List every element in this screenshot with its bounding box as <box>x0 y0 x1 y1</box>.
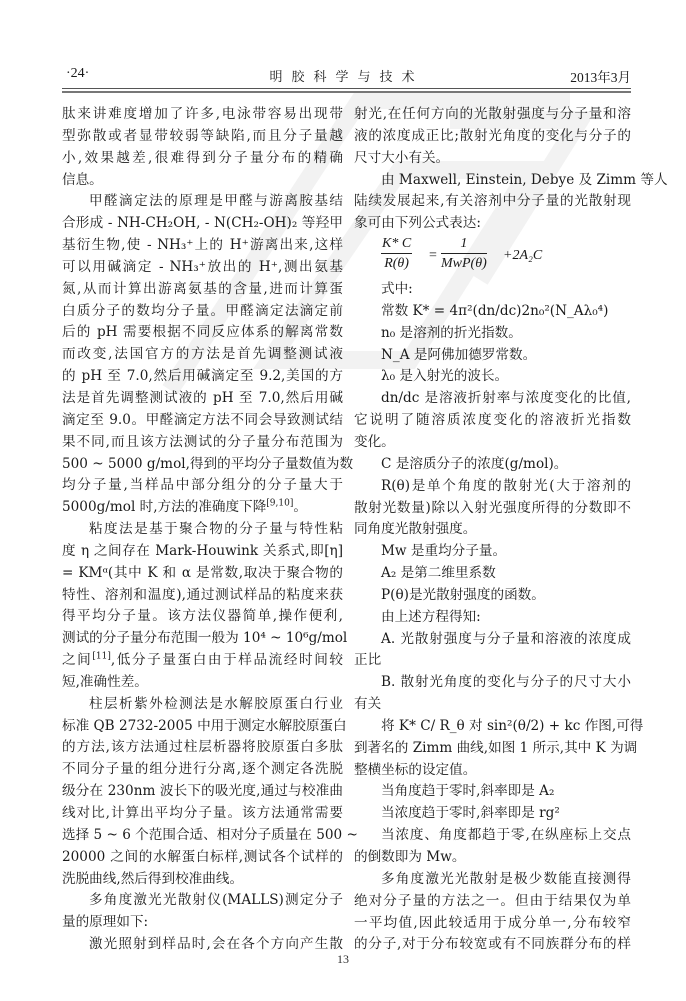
text-line: 一平均值,因此较适用于成分单一,分布较窄 <box>354 913 631 935</box>
text-fragment: 。 <box>293 499 307 515</box>
paragraph-start: B. 散射光角度的变化与分子的尺寸大小 <box>354 672 631 694</box>
text-line: 白质分子的数均分子量。甲醛滴定法滴定前 <box>62 301 343 323</box>
text-line: 后的 pH 需要根据不同反应体系的解离常数 <box>62 322 343 344</box>
text-line: P(θ)是光散射强度的函数。 <box>354 585 631 607</box>
text-line: 变化。 <box>354 432 631 454</box>
text-line: 象可由下列公式表达: <box>354 213 631 235</box>
text-line: 而改变,法国官方的方法是首先调整测试液 <box>62 344 343 366</box>
text-line: 度 η 之间存在 Mark-Houwink 关系式,即[η] <box>62 541 343 563</box>
text-line: 式中: <box>354 279 631 301</box>
fraction-denominator: MwP(θ) <box>441 254 487 274</box>
journal-title: 明胶科学与技术 <box>62 66 631 85</box>
text-line: 标准 QB 2732-2005 中用于测定水解胶原蛋白 <box>62 716 343 738</box>
text-line: Mw 是重均分子量。 <box>354 541 631 563</box>
page-header: ·24· 明胶科学与技术 2013年3月 <box>62 66 631 86</box>
right-column: 射光,在任何方向的光散射强度与分子量和溶 液的浓度成正比;散射光角度的变化与分子… <box>354 104 631 956</box>
issue-date: 2013年3月 <box>570 66 631 86</box>
text-line: 500 ~ 5000 g/mol,得到的平均分子量数值为数 <box>62 454 343 476</box>
text-line: 20000 之间的水解蛋白标样,测试各个试样的 <box>62 847 343 869</box>
text-line: 级分在 230nm 波长下的吸光度,通过与校准曲 <box>62 781 343 803</box>
text-line: A₂ 是第二维里系数 <box>354 563 631 585</box>
citation-ref[interactable]: [9,10] <box>266 499 293 509</box>
text-line: 绝对分子量的方法之一。但由于结果仅为单 <box>354 891 631 913</box>
text-line: 当浓度趋于零时,斜率即是 rg² <box>354 803 631 825</box>
text-line: 它说明了随溶质浓度变化的溶液折光指数 <box>354 410 631 432</box>
text-line: 可以用碱滴定 - NH₃⁺放出的 H⁺,测出氨基 <box>62 257 343 279</box>
text-line: 不同分子量的组分进行分离,逐个测定各洗脱 <box>62 759 343 781</box>
text-line: 肽来讲难度增加了许多,电泳带容易出现带 <box>62 104 343 126</box>
text-line: 选择 5 ~ 6 个范围合适、相对分子质量在 500 ~ <box>62 825 343 847</box>
text-line: = KMᵅ(其中 K 和 α 是常数,取决于聚合物的 <box>62 563 343 585</box>
paragraph-start: 由 Maxwell, Einstein, Debye 及 Zimm 等人 <box>354 170 631 192</box>
text-line: 到著名的 Zimm 曲线,如图 1 所示,其中 K 为调 <box>354 738 631 760</box>
text-line: 之间[11],低分子量蛋白由于样品流经时间较 <box>62 650 343 672</box>
paragraph-start: R(θ)是单个角度的散射光(大于溶剂的 <box>354 476 631 498</box>
text-line: 陆续发展起来,有关溶剂中分子量的光散射现 <box>354 191 631 213</box>
text-line: 液的浓度成正比;散射光角度的变化与分子的 <box>354 126 631 148</box>
text-line: 氮,从而计算出游离氨基的含量,进而计算蛋 <box>62 279 343 301</box>
fraction-lhs: K* C R(θ) <box>381 235 412 274</box>
fraction-numerator: 1 <box>441 235 487 254</box>
text-line: 的倒数即为 Mw。 <box>354 847 631 869</box>
text-line: 均分子量,当样品中部分组分的分子量大于 <box>62 475 343 497</box>
paragraph-start: 将 K* C/ R_θ 对 sin²(θ/2) + kc 作图,可得 <box>354 716 631 738</box>
text-line: 洗脱曲线,然后得到校准曲线。 <box>62 869 343 891</box>
text-line: 滴定至 9.0。甲醛滴定方法不同会导致测试结 <box>62 410 343 432</box>
text-line: 小,效果越差,很难得到分子量分布的精确 <box>62 148 343 170</box>
text-line: n₀ 是溶剂的折光指数。 <box>354 323 631 345</box>
text-line: 合形成 - NH-CH₂OH, - N(CH₂-OH)₂ 等羟甲 <box>62 213 343 235</box>
text-line: 测试的分子量分布范围一般为 10⁴ ~ 10⁶g/mol <box>62 628 343 650</box>
text-line: 有关 <box>354 694 631 716</box>
paragraph-start: 当浓度、角度都趋于零,在纵座标上交点 <box>354 825 631 847</box>
fraction-rhs: 1 MwP(θ) <box>441 235 487 274</box>
text-line: 常数 K* = 4π²(dn/dc)2n₀²(N_Aλ₀⁴) <box>354 301 631 323</box>
text-line: 正比 <box>354 650 631 672</box>
header-rule-thin <box>62 88 631 89</box>
paragraph-start: 甲醛滴定法的原理是甲醛与游离胺基结 <box>62 191 343 213</box>
left-column: 肽来讲难度增加了许多,电泳带容易出现带 型弥散或者显带较弱等缺陷,而且分子量越 … <box>62 104 343 956</box>
text-line: 尺寸大小有关。 <box>354 148 631 170</box>
text-line: 同角度光散射强度。 <box>354 519 631 541</box>
text-line: 短,准确性差。 <box>62 672 343 694</box>
paragraph-start: 粘度法是基于聚合物的分子量与特性粘 <box>62 519 343 541</box>
text-line: 果不同,而且该方法测试的分子量分布范围为 <box>62 432 343 454</box>
text-fragment: 5000g/mol 时,方法的准确度下降 <box>62 499 266 515</box>
text-line: 由上述方程得知: <box>354 607 631 629</box>
text-fragment: ,低分子量蛋白由于样品流经时间较 <box>111 652 343 668</box>
text-line: 的方法,该方法通过柱层析器将胶原蛋白多肽 <box>62 737 343 759</box>
text-line: 法是首先调整测试液的 pH 至 7.0,然后用碱 <box>62 388 343 410</box>
paragraph-start: dn/dc 是溶液折射率与浓度变化的比值, <box>354 388 631 410</box>
citation-ref[interactable]: [11] <box>92 652 110 662</box>
text-line: C 是溶质分子的浓度(g/mol)。 <box>354 454 631 476</box>
paragraph-start: 多角度激光光散射是极少数能直接测得 <box>354 869 631 891</box>
paragraph-start: 多角度激光光散射仪(MALLS)测定分子 <box>62 890 343 912</box>
text-line: λ₀ 是入射光的波长。 <box>354 366 631 388</box>
equals-sign: = <box>429 245 437 267</box>
paragraph-start: 柱层析紫外检测法是水解胶原蛋白行业 <box>62 694 343 716</box>
page-footer-number: 13 <box>0 952 686 967</box>
text-line: N_A 是阿佛加德罗常数。 <box>354 345 631 367</box>
text-fragment: 之间 <box>62 652 92 668</box>
text-line: 量的原理如下: <box>62 912 343 934</box>
zimm-equation: K* C R(θ) = 1 MwP(θ) +2A₂C <box>381 235 631 279</box>
text-line: 当角度趋于零时,斜率即是 A₂ <box>354 781 631 803</box>
header-rule-thick <box>62 91 631 93</box>
formula-tail: +2A₂C <box>503 245 542 267</box>
text-line: 5000g/mol 时,方法的准确度下降[9,10]。 <box>62 497 343 519</box>
text-line: 型弥散或者显带较弱等缺陷,而且分子量越 <box>62 126 343 148</box>
fraction-denominator: R(θ) <box>381 254 412 274</box>
text-line: 信息。 <box>62 170 343 192</box>
text-line: 整横坐标的设定值。 <box>354 760 631 782</box>
text-line: 得平均分子量。该方法仪器简单,操作便利, <box>62 606 343 628</box>
text-line: 基衍生物,使 - NH₃⁺上的 H⁺游离出来,这样 <box>62 235 343 257</box>
text-line: 特性、溶剂和温度),通过测试样品的粘度来获 <box>62 585 343 607</box>
text-line: 射光,在任何方向的光散射强度与分子量和溶 <box>354 104 631 126</box>
text-line: 的 pH 至 7.0,然后用碱滴定至 9.2,美国的方 <box>62 366 343 388</box>
fraction-numerator: K* C <box>381 235 412 254</box>
text-line: 线对比,计算出平均分子量。该方法通常需要 <box>62 803 343 825</box>
paragraph-start: A. 光散射强度与分子量和溶液的浓度成 <box>354 629 631 651</box>
text-line: 散射光数量)除以入射光强度所得的分数即不 <box>354 498 631 520</box>
